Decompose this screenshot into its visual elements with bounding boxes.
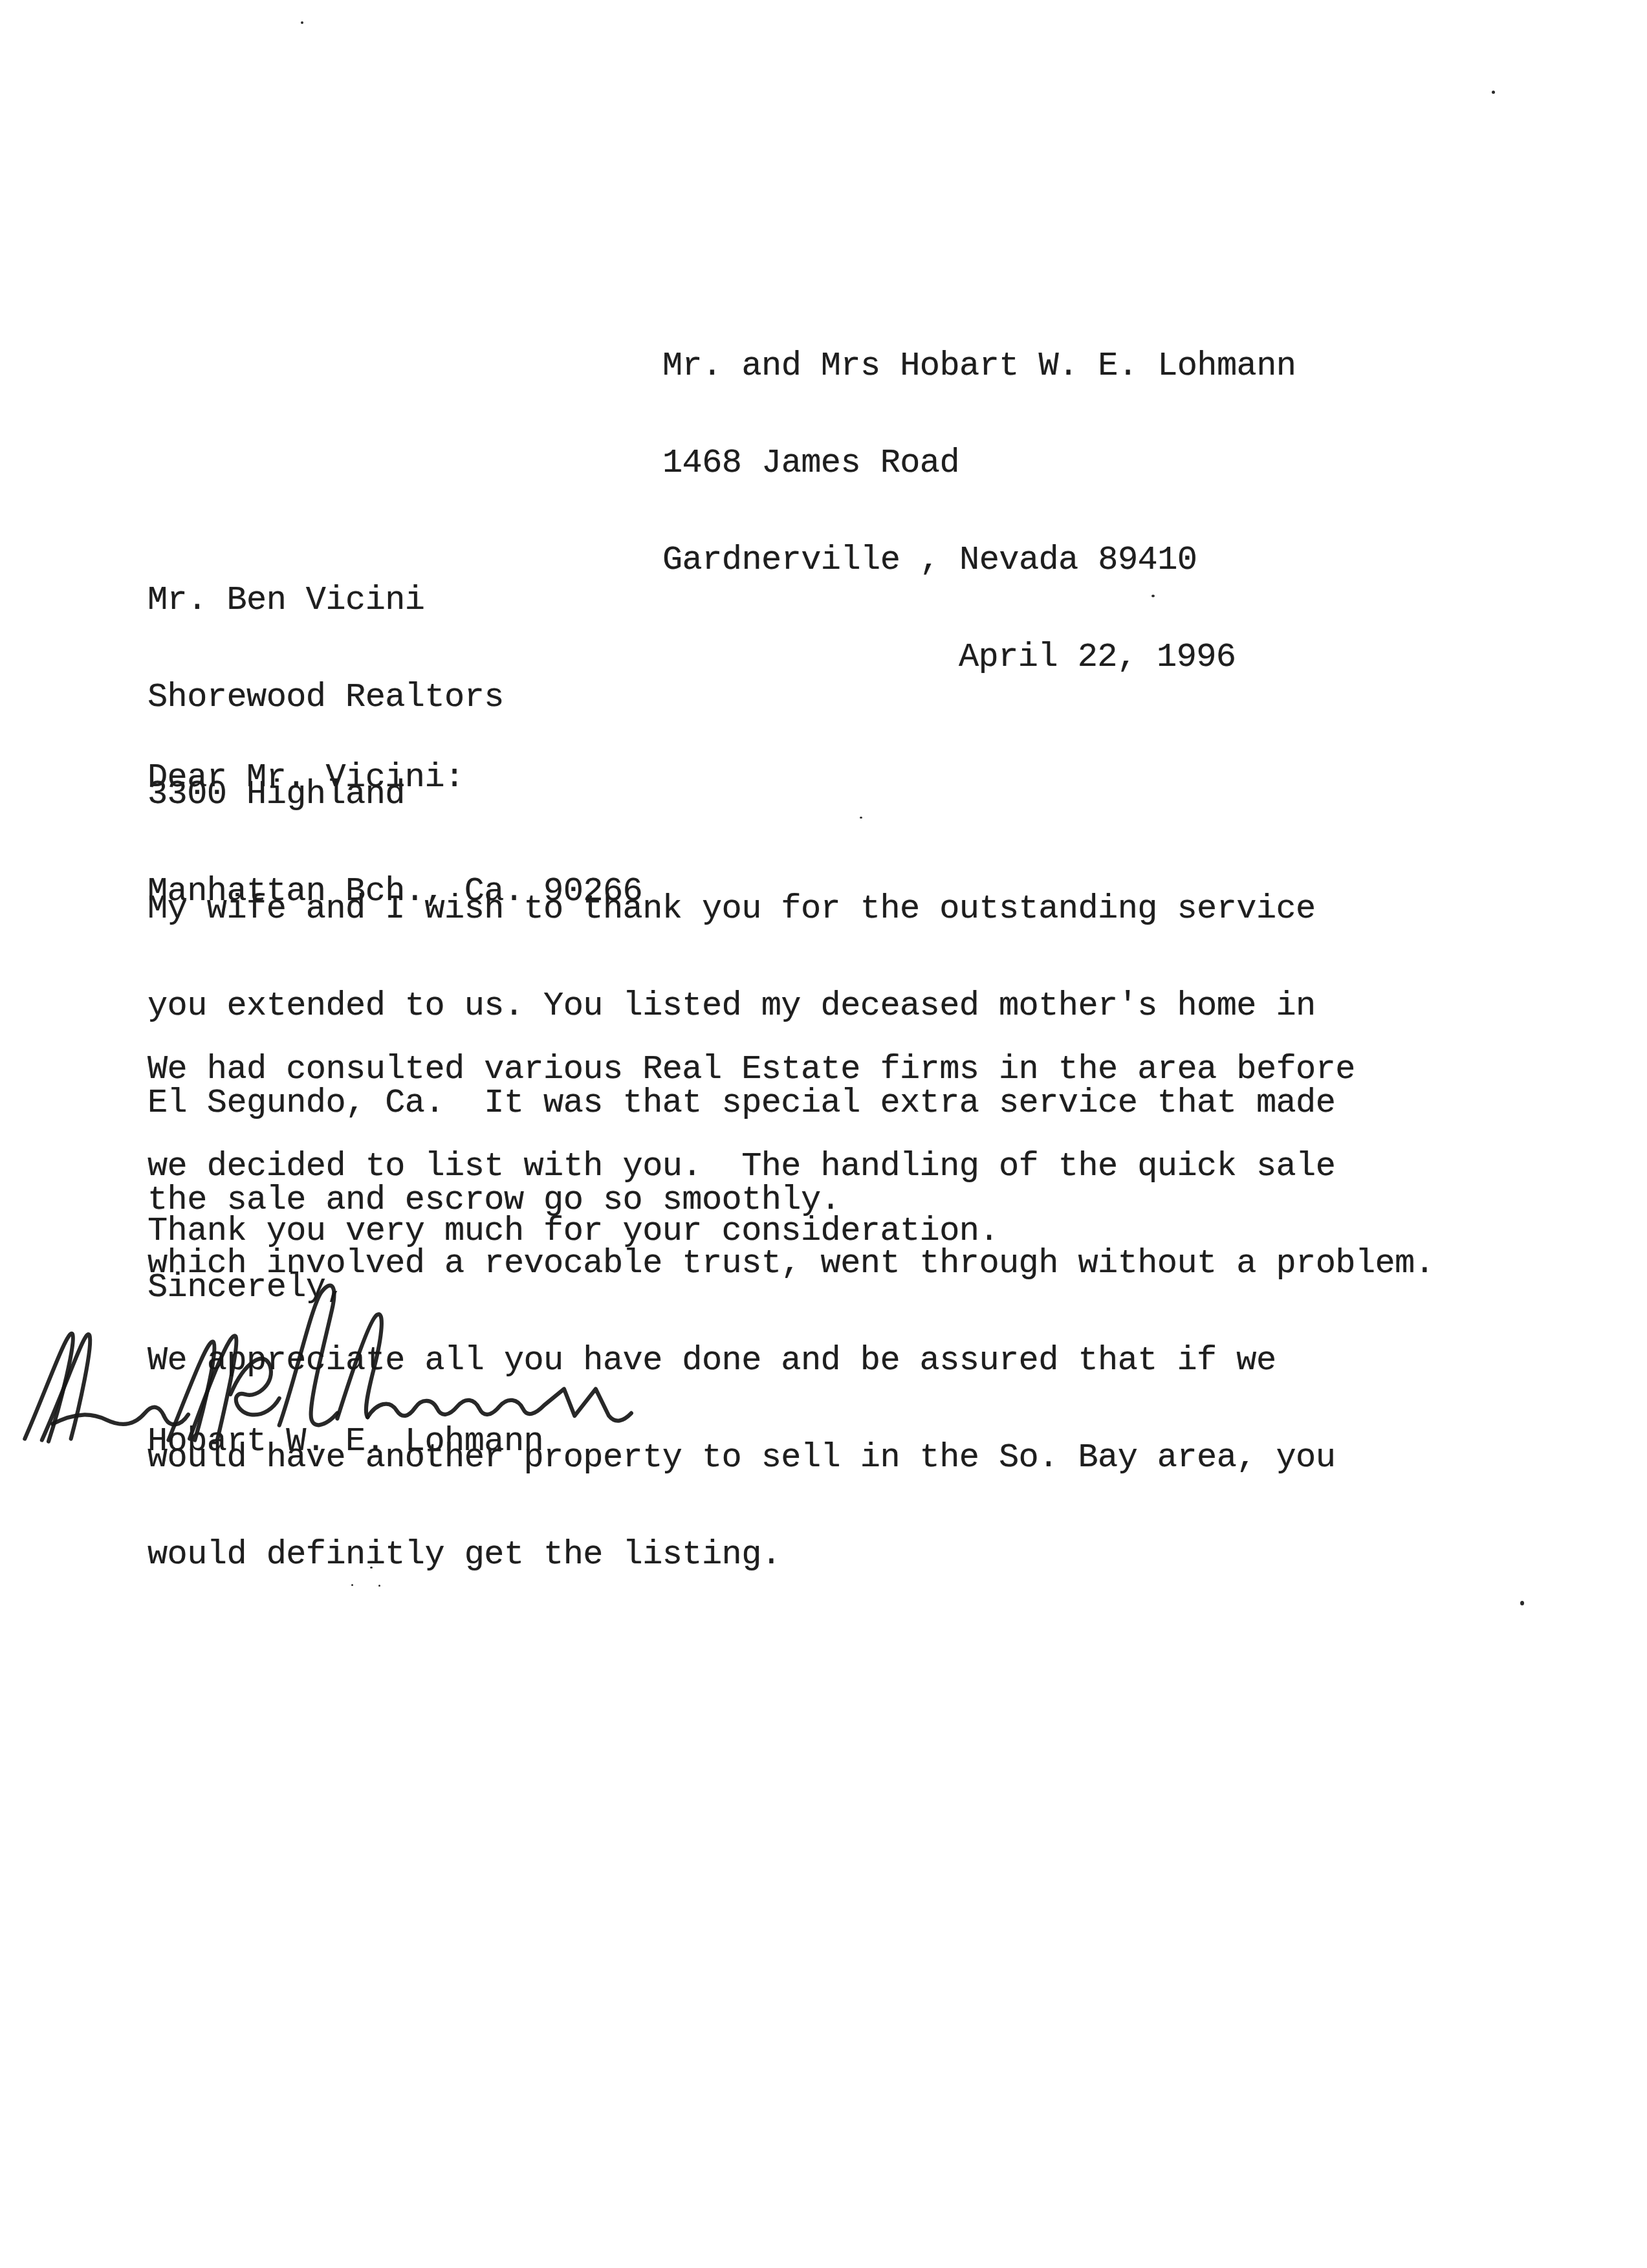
typed-name: Hobart W. E. Lohmann [147, 1426, 543, 1458]
recipient-line: Shorewood Realtors [147, 681, 642, 714]
body-line: My wife and I wish to thank you for the … [147, 893, 1335, 925]
sender-address-block: Mr. and Mrs Hobart W. E. Lohmann 1468 Ja… [662, 285, 1296, 738]
body-line: We had consulted various Real Estate fir… [147, 1053, 1434, 1086]
salutation: Dear Mr. Vicini: [147, 762, 464, 794]
scan-speck [1520, 1601, 1524, 1605]
scan-speck [860, 817, 862, 819]
letter-page: Mr. and Mrs Hobart W. E. Lohmann 1468 Ja… [0, 0, 1647, 2268]
body-line: would definitly get the listing. [147, 1539, 1434, 1571]
letter-date: April 22, 1996 [662, 641, 1296, 674]
sender-line: Gardnerville , Nevada 89410 [662, 544, 1296, 577]
sender-line: Mr. and Mrs Hobart W. E. Lohmann [662, 350, 1296, 382]
scan-speck [1492, 91, 1495, 94]
scan-speck [301, 21, 303, 24]
sender-line: 1468 James Road [662, 447, 1296, 479]
body-line: we decided to list with you. The handlin… [147, 1151, 1434, 1183]
recipient-line: Mr. Ben Vicini [147, 584, 642, 617]
closing-line: Thank you very much for your considerati… [147, 1215, 999, 1248]
